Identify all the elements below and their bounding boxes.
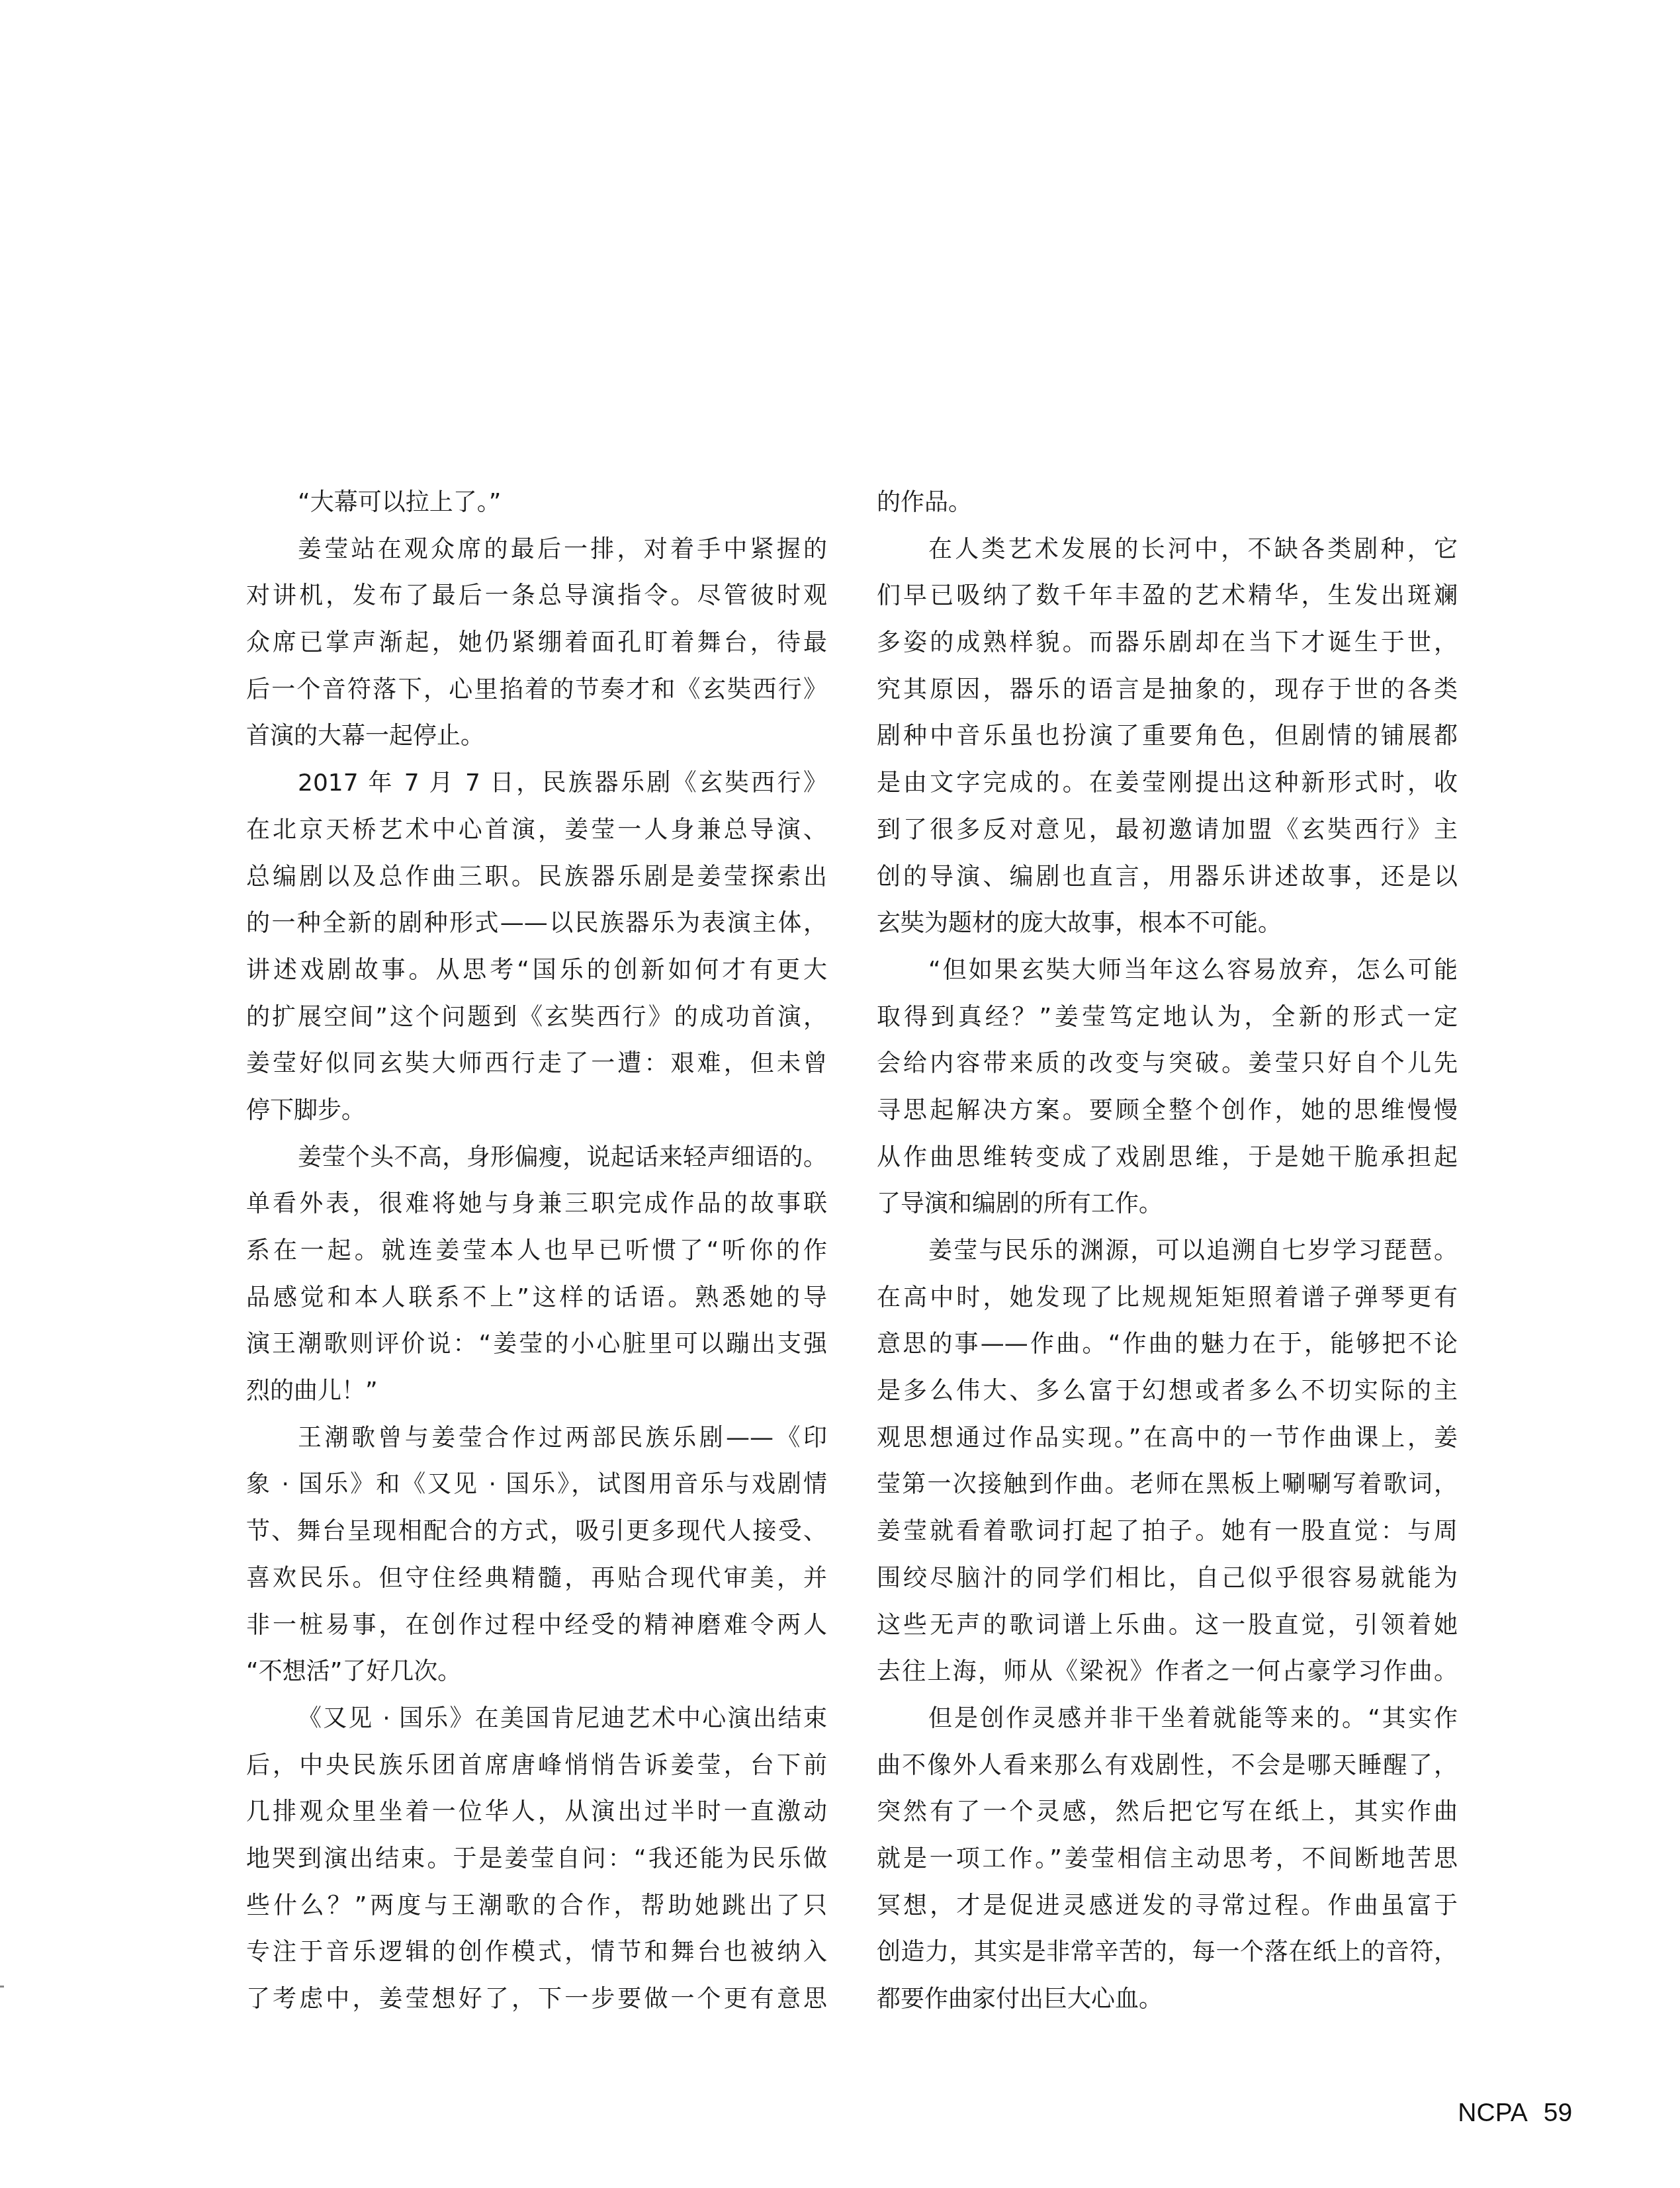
text-line: 会给内容带来质的改变与突破。姜莹只好自个儿先 bbox=[877, 1041, 1458, 1088]
text-line: 冥想，才是促进灵感迸发的寻常过程。作曲虽富于 bbox=[877, 1883, 1458, 1930]
text-line: 演王潮歌则评价说：“姜莹的小心脏里可以蹦出支强 bbox=[246, 1321, 827, 1368]
text-line: 多姿的成熟样貌。而器乐剧却在当下才诞生于世， bbox=[877, 620, 1458, 667]
text-line: 到了很多反对意见，最初邀请加盟《玄奘西行》主 bbox=[877, 807, 1458, 854]
text-line: 在北京天桥艺术中心首演，姜莹一人身兼总导演、 bbox=[246, 807, 827, 854]
text-line: 王潮歌曾与姜莹合作过两部民族乐剧——《印 bbox=[246, 1415, 827, 1462]
text-line: 系在一起。就连姜莹本人也早已听惯了“听你的作 bbox=[246, 1228, 827, 1275]
text-line: 曲不像外人看来那么有戏剧性，不会是哪天睡醒了， bbox=[877, 1743, 1458, 1790]
text-line: 地哭到演出结束。于是姜莹自问：“我还能为民乐做 bbox=[246, 1836, 827, 1883]
text-line: 了考虑中，姜莹想好了，下一步要做一个更有意思 bbox=[246, 1976, 827, 2023]
text-line: 创的导演、编剧也直言，用器乐讲述故事，还是以 bbox=[877, 854, 1458, 901]
text-line: 寻思起解决方案。要顾全整个创作，她的思维慢慢 bbox=[877, 1088, 1458, 1135]
text-line: 的一种全新的剧种形式——以民族器乐为表演主体， bbox=[246, 900, 827, 947]
text-line: 取得到真经？”姜莹笃定地认为，全新的形式一定 bbox=[877, 994, 1458, 1041]
text-line: 玄奘为题材的庞大故事，根本不可能。 bbox=[877, 900, 1458, 947]
text-line: 象 · 国乐》和《又见 · 国乐》，试图用音乐与戏剧情 bbox=[246, 1462, 827, 1509]
text-line: 几排观众里坐着一位华人，从演出过半时一直激动 bbox=[246, 1789, 827, 1836]
text-line: 烈的曲儿！” bbox=[246, 1368, 827, 1415]
text-line: 些什么？”两度与王潮歌的合作，帮助她跳出了只 bbox=[246, 1883, 827, 1930]
text-line: 喜欢民乐。但守住经典精髓，再贴合现代审美，并 bbox=[246, 1555, 827, 1602]
article-column-right: 的作品。在人类艺术发展的长河中，不缺各类剧种，它们早已吸纳了数千年丰盈的艺术精华… bbox=[877, 480, 1458, 2023]
text-line: 但是创作灵感并非干坐着就能等来的。“其实作 bbox=[877, 1696, 1458, 1743]
text-line: 莹第一次接触到作曲。老师在黑板上唰唰写着歌词， bbox=[877, 1462, 1458, 1509]
text-line: 非一桩易事，在创作过程中经受的精神磨难令两人 bbox=[246, 1602, 827, 1649]
text-line: 姜莹个头不高，身形偏瘦，说起话来轻声细语的。 bbox=[246, 1135, 827, 1182]
text-line: 姜莹站在观众席的最后一排，对着手中紧握的 bbox=[246, 527, 827, 574]
text-line: 《又见 · 国乐》在美国肯尼迪艺术中心演出结束 bbox=[246, 1696, 827, 1743]
page-footer: NCPA59 bbox=[1429, 2070, 1572, 2157]
text-line: 就是一项工作。”姜莹相信主动思考，不间断地苦思 bbox=[877, 1836, 1458, 1883]
text-line: 首演的大幕一起停止。 bbox=[246, 713, 827, 760]
text-line: 姜莹与民乐的渊源，可以追溯自七岁学习琵琶。 bbox=[877, 1228, 1458, 1275]
text-line: 的作品。 bbox=[877, 480, 1458, 527]
text-line: 在高中时，她发现了比规规矩矩照着谱子弹琴更有 bbox=[877, 1275, 1458, 1322]
text-line: 后，中央民族乐团首席唐峰悄悄告诉姜莹，台下前 bbox=[246, 1743, 827, 1790]
text-line: 观思想通过作品实现。”在高中的一节作曲课上，姜 bbox=[877, 1415, 1458, 1462]
text-line: 品感觉和本人联系不上”这样的话语。熟悉她的导 bbox=[246, 1275, 827, 1322]
text-line: “大幕可以拉上了。” bbox=[246, 480, 827, 527]
text-line: 停下脚步。 bbox=[246, 1088, 827, 1135]
scan-artifact-mark bbox=[0, 1986, 4, 1988]
text-line: 突然有了一个灵感，然后把它写在纸上，其实作曲 bbox=[877, 1789, 1458, 1836]
text-line: 单看外表，很难将她与身兼三职完成作品的故事联 bbox=[246, 1181, 827, 1228]
text-line: 从作曲思维转变成了戏剧思维，于是她干脆承担起 bbox=[877, 1135, 1458, 1182]
text-line: 这些无声的歌词谱上乐曲。这一股直觉，引领着她 bbox=[877, 1602, 1458, 1649]
text-line: 围绞尽脑汁的同学们相比，自己似乎很容易就能为 bbox=[877, 1555, 1458, 1602]
text-line: 节、舞台呈现相配合的方式，吸引更多现代人接受、 bbox=[246, 1509, 827, 1555]
text-line: 在人类艺术发展的长河中，不缺各类剧种，它 bbox=[877, 527, 1458, 574]
text-line: 们早已吸纳了数千年丰盈的艺术精华，生发出斑斓 bbox=[877, 573, 1458, 620]
text-line: “不想活”了好几次。 bbox=[246, 1649, 827, 1696]
text-line: 2017 年 7 月 7 日，民族器乐剧《玄奘西行》 bbox=[246, 760, 827, 807]
text-line: 创造力，其实是非常辛苦的，每一个落在纸上的音符， bbox=[877, 1929, 1458, 1976]
text-line: 去往上海，师从《梁祝》作者之一何占豪学习作曲。 bbox=[877, 1649, 1458, 1696]
text-line: 讲述戏剧故事。从思考“国乐的创新如何才有更大 bbox=[246, 947, 827, 994]
text-line: 究其原因，器乐的语言是抽象的，现存于世的各类 bbox=[877, 667, 1458, 714]
text-line: 都要作曲家付出巨大心血。 bbox=[877, 1976, 1458, 2023]
text-line: 剧种中音乐虽也扮演了重要角色，但剧情的铺展都 bbox=[877, 713, 1458, 760]
text-line: 姜莹就看着歌词打起了拍子。她有一股直觉：与周 bbox=[877, 1509, 1458, 1555]
text-line: 专注于音乐逻辑的创作模式，情节和舞台也被纳入 bbox=[246, 1929, 827, 1976]
text-line: 总编剧以及总作曲三职。民族器乐剧是姜莹探索出 bbox=[246, 854, 827, 901]
magazine-page: “大幕可以拉上了。”姜莹站在观众席的最后一排，对着手中紧握的对讲机，发布了最后一… bbox=[0, 0, 1680, 2188]
text-line: 意思的事——作曲。“作曲的魅力在于，能够把不论 bbox=[877, 1321, 1458, 1368]
text-line: 是由文字完成的。在姜莹刚提出这种新形式时，收 bbox=[877, 760, 1458, 807]
text-line: “但如果玄奘大师当年这么容易放弃，怎么可能 bbox=[877, 947, 1458, 994]
text-line: 对讲机，发布了最后一条总导演指令。尽管彼时观 bbox=[246, 573, 827, 620]
publication-name: NCPA bbox=[1458, 2099, 1527, 2127]
text-line: 是多么伟大、多么富于幻想或者多么不切实际的主 bbox=[877, 1368, 1458, 1415]
text-line: 了导演和编剧的所有工作。 bbox=[877, 1181, 1458, 1228]
text-line: 后一个音符落下，心里掐着的节奏才和《玄奘西行》 bbox=[246, 667, 827, 714]
article-column-left: “大幕可以拉上了。”姜莹站在观众席的最后一排，对着手中紧握的对讲机，发布了最后一… bbox=[246, 480, 827, 2023]
text-line: 的扩展空间”这个问题到《玄奘西行》的成功首演， bbox=[246, 994, 827, 1041]
page-number: 59 bbox=[1544, 2099, 1572, 2127]
text-line: 姜莹好似同玄奘大师西行走了一遭：艰难，但未曾 bbox=[246, 1041, 827, 1088]
text-line: 众席已掌声渐起，她仍紧绷着面孔盯着舞台，待最 bbox=[246, 620, 827, 667]
